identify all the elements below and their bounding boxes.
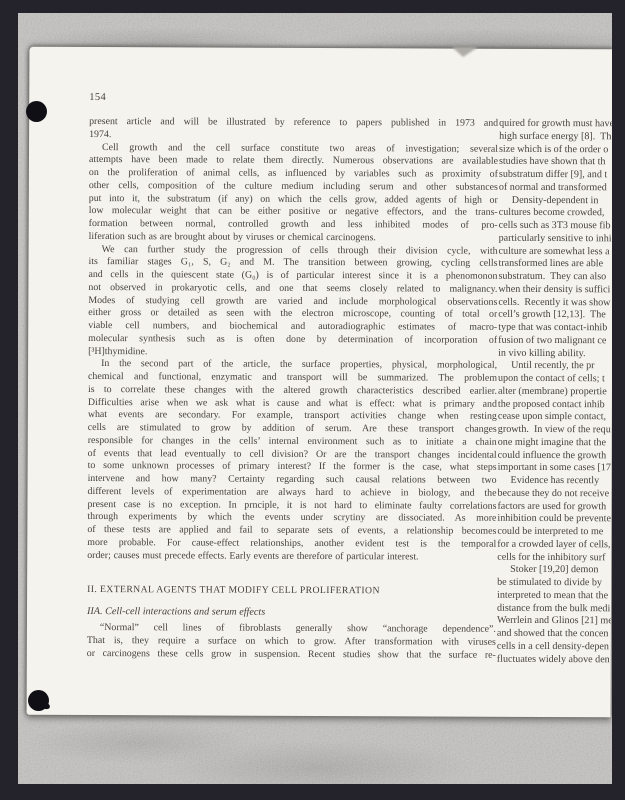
text-line: interpreted to mean that the (497, 590, 612, 604)
text-line: cultures become crowded, (499, 207, 612, 221)
text-line: more probable. For cause-effect relation… (87, 537, 496, 552)
text-line: one might imagine that the (498, 437, 612, 451)
text-line: different levels of experimentation are … (87, 486, 496, 501)
text-line: alter (membrane) propertie (498, 386, 612, 400)
text-line: when their density is suffici (498, 284, 612, 298)
text-line: present article and will be illustrated … (89, 116, 498, 131)
body-text-closing: “Normal” cell lines of fibroblasts gener… (87, 622, 496, 662)
scanned-paper-screenshot: { "colors": { "background": "#24232c", "… (0, 0, 625, 800)
page-edge-notch (452, 47, 478, 57)
page-number: 154 (89, 92, 106, 103)
text-line: high surface energy [8]. Th (499, 131, 612, 145)
photocopy-area: 154 present article and will be illustra… (18, 13, 612, 784)
punch-hole-top (26, 101, 47, 122)
text-line: substratum. They can also (498, 271, 612, 285)
text-line: Evidence has recently (498, 475, 612, 489)
text-line: the proposed contact inhib (498, 398, 612, 412)
text-line: be stimulated to divide by (497, 577, 612, 591)
text-line: Stoker [19,20] demon (497, 564, 612, 578)
text-line: responsible for changes in the cells’ in… (88, 435, 497, 450)
text-line: upon the contact of cells; t (498, 373, 612, 387)
body-text: present article and will be illustrated … (87, 116, 498, 564)
text-line: studies have shown that th (499, 156, 612, 170)
text-line: is to correlate these changes with the a… (88, 384, 497, 399)
text-line: cease upon simple contact, (498, 411, 612, 425)
text-line: Werrlein and Glinos [21] me (497, 615, 612, 629)
punch-hole-bottom (28, 690, 49, 711)
text-line: for a crowded layer of cells, (497, 539, 612, 553)
subsection-heading: IIA. Cell-cell interactions and serum ef… (87, 605, 496, 620)
text-line: factors are used for growth (497, 500, 612, 514)
text-line: size which is of the order o (499, 143, 612, 157)
book-page: 154 present article and will be illustra… (27, 47, 612, 718)
text-line: Until recently, the pr (498, 360, 612, 374)
text-line: cell’s growth [12,13]. The (498, 309, 612, 323)
text-line: culture are somewhat less a (499, 245, 612, 259)
text-line: could influence the growth (498, 449, 612, 463)
right-column-truncated: quired for growth must havehigh surface … (497, 118, 612, 667)
text-line: could be interpreted to me (497, 526, 612, 540)
text-line: molecular synthesis such as is often don… (88, 333, 497, 348)
text-line: transformed lines are able (498, 258, 612, 272)
text-line: or carcinogens these cells grow in suspe… (87, 648, 496, 663)
text-line: in vivo killing ability. (498, 347, 612, 361)
text-line: fluctuates widely above den (497, 653, 612, 667)
text-line: substratum differ [9], and t (499, 169, 612, 183)
text-line: type that was contact-inhib (498, 322, 612, 336)
text-line: not observed in prokaryotic cells, and o… (88, 282, 497, 297)
text-line: quired for growth must have (499, 118, 612, 132)
text-line: and showed that the concen (497, 628, 612, 642)
text-line: cells. Recently it was show (498, 296, 612, 310)
text-line: distance from the bulk medi (497, 602, 612, 616)
section-heading: II. EXTERNAL AGENTS THAT MODIFY CELL PRO… (87, 583, 496, 598)
text-line: Density-dependent in (499, 194, 612, 208)
text-line: fusion of two malignant ce (498, 335, 612, 349)
text-line: of normal and transformed (499, 182, 612, 196)
text-line: because they do not receive (497, 488, 612, 502)
text-line: important in some cases [17 (498, 462, 612, 476)
text-line: cells for the inhibitory surf (497, 551, 612, 565)
left-column: present article and will be illustrated … (87, 116, 498, 662)
text-line: inhibition could be prevente (497, 513, 612, 527)
text-line: particularly sensitive to inhi (499, 233, 612, 247)
text-line: other cells, composition of the culture … (89, 180, 498, 195)
text-line: order; causes must precede effects. Earl… (87, 549, 496, 564)
text-line: cells in a cell density-depen (497, 641, 612, 655)
text-line: cells such as 3T3 mouse fib (499, 220, 612, 234)
text-line: liferation such as are brought about by … (89, 231, 498, 246)
text-line: growth. In view of the requ (498, 424, 612, 438)
